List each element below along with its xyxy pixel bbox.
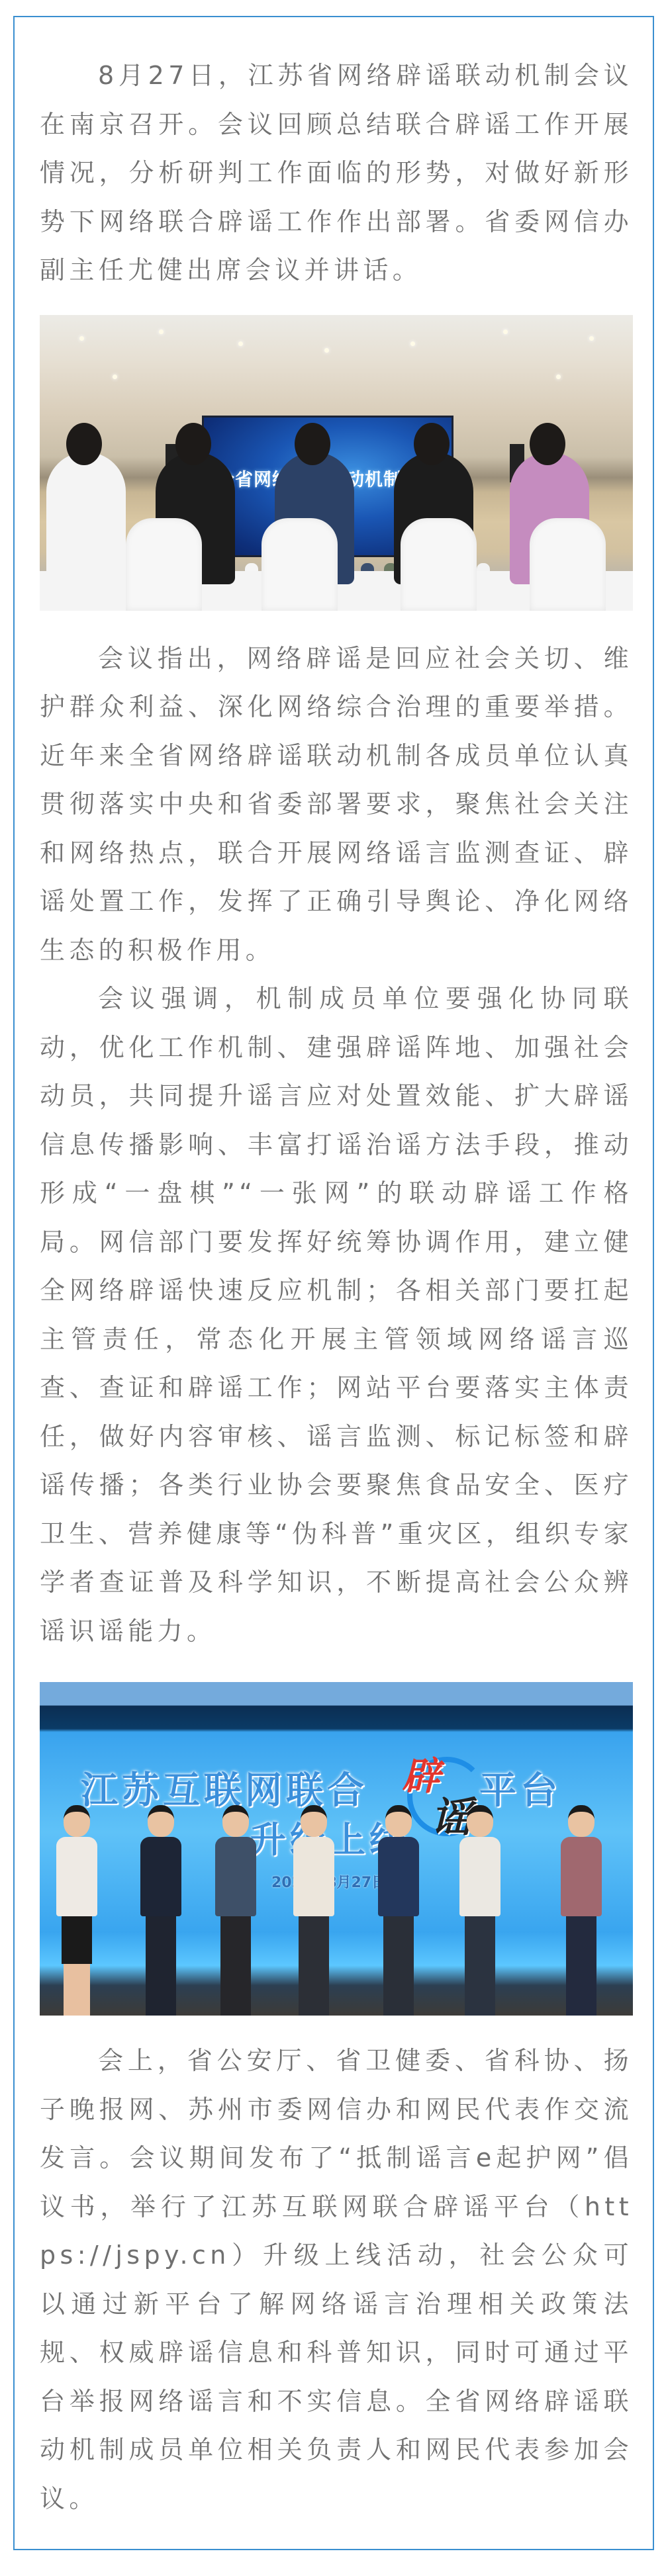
chair: [126, 518, 202, 611]
ceiling-light: [159, 330, 164, 334]
presenter: [561, 1805, 602, 2016]
ceiling-light: [503, 330, 508, 334]
ceiling-light: [589, 336, 594, 341]
paragraph-intro: 8月27日，江苏省网络辟谣联动机制会议在南京召开。会议回顾总结联合辟谣工作开展情…: [40, 52, 633, 295]
chair: [401, 518, 477, 611]
paragraph-meeting-emphasized: 会议强调，机制成员单位要强化协同联动，优化工作机制、建强辟谣阵地、加强社会动员，…: [40, 975, 633, 1656]
ceiling-light: [113, 375, 117, 379]
attendee-head: [530, 423, 565, 465]
attendee-white-shirt: [46, 452, 126, 584]
ceiling-light: [410, 341, 415, 346]
paragraph-meeting-pointed-out: 会议指出，网络辟谣是回应社会关切、维护群众利益、深化网络综合治理的重要举措。近年…: [40, 635, 633, 975]
attendee-head: [414, 423, 450, 465]
presenter: [459, 1805, 500, 2016]
attendee-head: [295, 423, 330, 465]
paragraph-exchange-and-launch: 会上，省公安厅、省卫健委、省科协、扬子晚报网、苏州市委网信办和网民代表作交流发言…: [40, 2037, 633, 2523]
presenter: [215, 1805, 256, 2016]
presenter: [140, 1805, 181, 2016]
launch-photo: 江苏互联网联合平台 辟 谣 升级上线 2025年8月27日: [40, 1682, 633, 2016]
presenter: [293, 1805, 334, 2016]
ceiling-light: [238, 341, 243, 346]
chair: [262, 518, 338, 611]
attendee-head: [66, 423, 102, 465]
ceiling-light: [324, 348, 329, 353]
article-frame: 8月27日，江苏省网络辟谣联动机制会议在南京召开。会议回顾总结联合辟谣工作开展情…: [13, 16, 654, 2550]
article-content: 8月27日，江苏省网络辟谣联动机制会议在南京召开。会议回顾总结联合辟谣工作开展情…: [40, 17, 633, 2523]
meeting-photo: 全省网络辟谣联动机制会议 江苏省委网信办 2025年8月 南京: [40, 315, 633, 611]
presenter: [56, 1805, 97, 2016]
chair: [530, 518, 606, 611]
attendee-head: [175, 423, 211, 465]
ceiling-light: [79, 336, 84, 341]
ceiling-light: [556, 375, 561, 379]
presenter: [378, 1805, 419, 2016]
